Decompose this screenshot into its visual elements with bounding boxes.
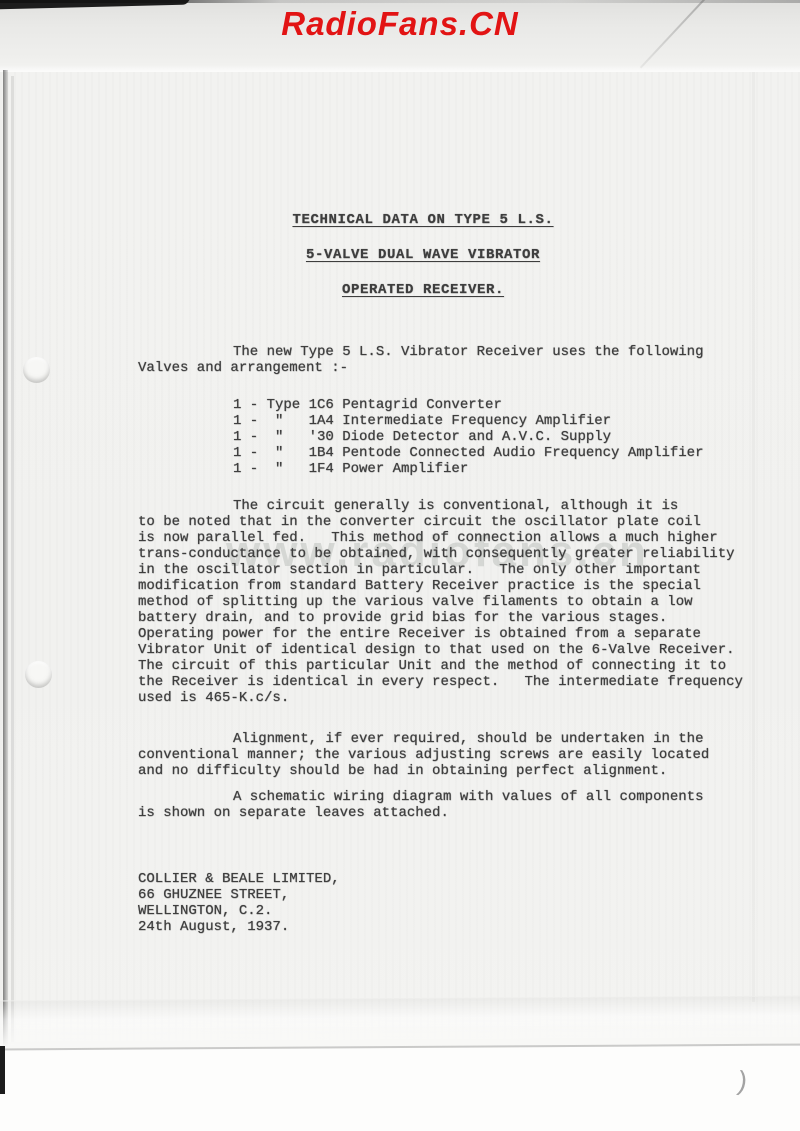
title-line-1: TECHNICAL DATA ON TYPE 5 L.S. (46, 212, 800, 228)
page-left-edge-shadow (3, 70, 8, 1048)
paper-bottom-crease (0, 996, 800, 1051)
intro-paragraph: The new Type 5 L.S. Vibrator Receiver us… (138, 344, 770, 376)
valve-list-item: 1 - Type 1C6 Pentagrid Converter (233, 397, 770, 413)
signature-block: COLLIER & BEALE LIMITED, 66 GHUZNEE STRE… (138, 871, 340, 935)
schematic-paragraph: A schematic wiring diagram with values o… (138, 789, 770, 821)
document-title-block: TECHNICAL DATA ON TYPE 5 L.S. 5-VALVE DU… (46, 212, 800, 317)
title-line-3: OPERATED RECEIVER. (46, 282, 800, 298)
valve-list-item: 1 - " 1A4 Intermediate Frequency Amplifi… (233, 413, 770, 429)
circuit-paragraph: The circuit generally is conventional, a… (138, 498, 770, 706)
document-body: The new Type 5 L.S. Vibrator Receiver us… (138, 344, 770, 821)
alignment-paragraph: Alignment, if ever required, should be u… (138, 731, 770, 779)
document-date: 24th August, 1937. (138, 919, 340, 935)
underlying-page-edge (0, 1046, 5, 1094)
radiofans-header-watermark: RadioFans.CN (0, 5, 800, 43)
company-street: 66 GHUZNEE STREET, (138, 887, 340, 903)
valve-list: 1 - Type 1C6 Pentagrid Converter 1 - " 1… (138, 397, 770, 477)
valve-list-item: 1 - " '30 Diode Detector and A.V.C. Supp… (233, 429, 770, 445)
page-left-edge-line (11, 76, 14, 1042)
punch-hole-bottom (25, 661, 52, 688)
valve-list-item: 1 - " 1F4 Power Amplifier (233, 461, 770, 477)
company-name: COLLIER & BEALE LIMITED, (138, 871, 340, 887)
punch-hole-top (23, 357, 50, 383)
valve-list-item: 1 - " 1B4 Pentode Connected Audio Freque… (233, 445, 770, 461)
title-line-2: 5-VALVE DUAL WAVE VIBRATOR (46, 247, 800, 263)
company-city: WELLINGTON, C.2. (138, 903, 340, 919)
pencil-mark: ) (736, 1065, 750, 1097)
